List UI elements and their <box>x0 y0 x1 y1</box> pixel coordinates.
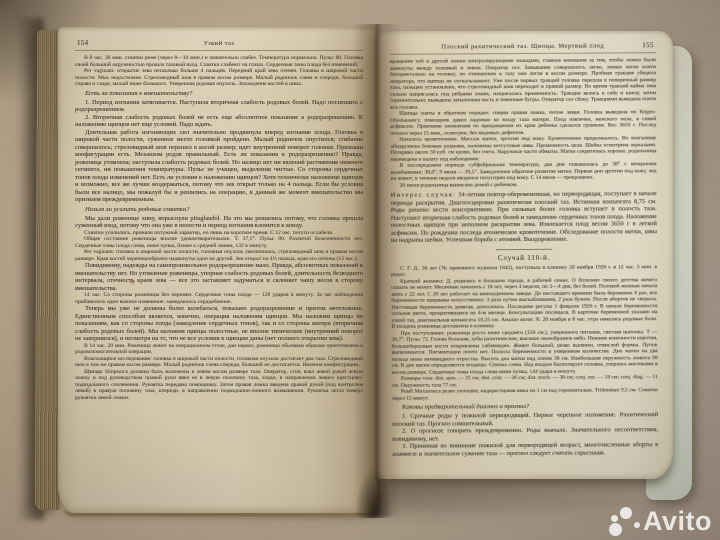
left-page-content: 154 Узкий таз В 8 час. 30 мин. схватки р… <box>75 40 363 502</box>
paragraph: Ромб Михаэлиса резко уплощен, надкрестцо… <box>392 387 658 402</box>
left-page-header: 154 Узкий таз <box>75 40 363 51</box>
right-page-header: Плоский рахитический таз. Щипцы. Мертвый… <box>390 42 656 55</box>
paragraph: вращение той и другой ложки контролирующ… <box>390 57 656 111</box>
left-page: 154 Узкий таз В 8 час. 30 мин. схватки р… <box>58 27 378 513</box>
right-page-body: вращение той и другой ложки контролирующ… <box>390 57 658 458</box>
paragraph: В 14 час. 20 мин. Роженица лежит на опер… <box>75 343 363 356</box>
paragraph: Per vaginam: головка в широкой части пол… <box>75 249 363 262</box>
paragraph: Per vaginam: открытие зева несколько бол… <box>75 68 363 88</box>
paragraph: Интерес случая: 34-летняя повтор-обереме… <box>391 190 657 244</box>
paragraph: Влагалищное исследование: головка в широ… <box>75 356 363 369</box>
paragraph: 2. О прогнозе говорить преждевременно. Р… <box>392 426 658 443</box>
running-title: Узкий таз <box>75 40 363 47</box>
running-title: Плоский рахитический таз. Щипцы. Мертвый… <box>390 42 656 51</box>
paragraph: В 8 час. 30 мин. схватки реже (через 8—1… <box>75 55 363 68</box>
paragraph: Краткий анамнез: Д. родилась в большом г… <box>391 277 657 331</box>
paragraph: Щипцы сняты в обратном порядке: сперва п… <box>390 109 656 137</box>
paragraph: 1. Срочные роды у пожилой первородящей. … <box>392 411 658 428</box>
paragraph: Мы дали роженице хину, впрыснули pitugla… <box>75 215 363 230</box>
paragraph: 1. Период изгнания затягивается. Наступи… <box>75 99 363 114</box>
left-page-body: В 8 час. 30 мин. схватки реже (через 8—1… <box>75 55 363 401</box>
right-page-content: Плоский рахитический таз. Щипцы. Мертвый… <box>390 42 659 472</box>
case-summary-lead: Интерес случая: <box>391 191 457 198</box>
question-heading: Есть ли показания к вмешательству? <box>75 90 363 98</box>
paragraph: При поступлении: роженица роста ниже сре… <box>391 329 657 376</box>
section-divider <box>496 248 552 249</box>
paragraph: 2. Вторичная слабость родовых болей не е… <box>75 114 363 129</box>
case-heading: Случай 110-й. <box>391 253 657 263</box>
book-photo: 154 Узкий таз В 8 час. 30 мин. схватки р… <box>0 0 720 540</box>
paragraph: Теперь мы уже не должны более колебаться… <box>75 305 363 343</box>
avito-watermark-text: Avito <box>643 506 712 536</box>
page-number: 155 <box>642 42 653 49</box>
paragraph: В послеродовом периоде субфебрильная тем… <box>390 161 656 182</box>
paragraph: Началось кровотечение. Массаж матки, эрг… <box>390 135 656 163</box>
paragraph: Длительная работа изгоняющих сил значите… <box>75 129 363 204</box>
question-heading: Каковы предварительный диагноз и прогноз… <box>392 402 658 412</box>
avito-logo-icon <box>609 506 640 536</box>
paragraph: Общее состояние роженицы вполне удовлетв… <box>75 236 363 249</box>
case-summary-text: 34-летняя повтор-обеременевшая, но перво… <box>391 190 657 244</box>
right-page: Плоский рахитический таз. Щипцы. Мертвый… <box>377 31 673 479</box>
paragraph: Повидимому, надежды на самопроизвольное … <box>75 262 363 292</box>
avito-watermark: Avito <box>609 506 712 536</box>
question-heading: Нельзя ли усилить родовые схватки? <box>75 206 363 214</box>
paragraph: 3. Принимая во внимание пожилой для перв… <box>392 441 658 458</box>
paragraph: Щипцы Simpson'а должны быть наложены в л… <box>75 369 363 402</box>
paragraph: 20 июля родильница выписана домой с ребе… <box>391 181 657 189</box>
paragraph: 14 час. Со стороны роженицы без перемен.… <box>75 292 363 305</box>
